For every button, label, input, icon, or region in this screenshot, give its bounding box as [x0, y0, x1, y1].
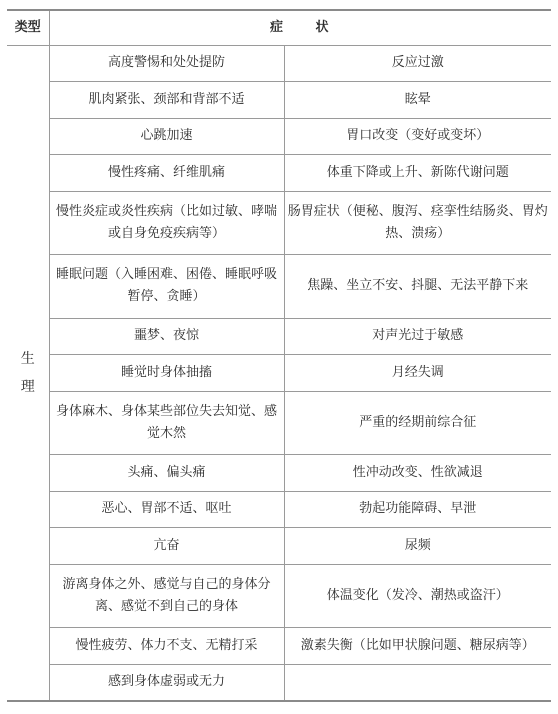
symptom-left: 慢性炎症或炎性疾病（比如过敏、哮喘或自身免疫疾病等）: [49, 191, 284, 255]
symptom-right: 严重的经期前综合征: [284, 391, 551, 455]
symptom-left: 亢奋: [49, 528, 284, 565]
header-symptoms: 症 状: [49, 10, 551, 45]
symptom-left: 睡眠问题（入睡困难、困倦、睡眠呼吸暂停、贪睡）: [49, 255, 284, 319]
table-row: 睡眠问题（入睡困难、困倦、睡眠呼吸暂停、贪睡） 焦躁、坐立不安、抖腿、无法平静下…: [7, 255, 551, 319]
header-type: 类型: [7, 10, 49, 45]
symptom-left: 肌肉紧张、颈部和背部不适: [49, 82, 284, 119]
table-row: 游离身体之外、感觉与自己的身体分离、感觉不到自己的身体 体温变化（发冷、潮热或盗…: [7, 564, 551, 628]
symptom-left: 心跳加速: [49, 118, 284, 155]
table-row: 慢性疼痛、纤维肌痛 体重下降或上升、新陈代谢问题: [7, 155, 551, 192]
table-row: 身体麻木、身体某些部位失去知觉、感觉木然 严重的经期前综合征: [7, 391, 551, 455]
symptom-left: 感到身体虚弱或无力: [49, 664, 284, 701]
symptom-right: 月经失调: [284, 355, 551, 392]
category-cell: 生 理: [7, 45, 49, 701]
symptom-left: 慢性疼痛、纤维肌痛: [49, 155, 284, 192]
symptom-right: 反应过激: [284, 45, 551, 82]
table-row: 慢性炎症或炎性疾病（比如过敏、哮喘或自身免疫疾病等） 肠胃症状（便秘、腹泻、痉挛…: [7, 191, 551, 255]
table-row: 感到身体虚弱或无力: [7, 664, 551, 701]
symptom-right: 对声光过于敏感: [284, 318, 551, 355]
table-row: 恶心、胃部不适、呕吐 勃起功能障碍、早泄: [7, 491, 551, 528]
table-row: 心跳加速 胃口改变（变好或变坏）: [7, 118, 551, 155]
symptom-right: 胃口改变（变好或变坏）: [284, 118, 551, 155]
category-char: 理: [9, 373, 47, 401]
table-row: 睡觉时身体抽搐 月经失调: [7, 355, 551, 392]
table-row: 生 理 高度警惕和处处提防 反应过激: [7, 45, 551, 82]
symptom-left: 游离身体之外、感觉与自己的身体分离、感觉不到自己的身体: [49, 564, 284, 628]
symptom-right: 焦躁、坐立不安、抖腿、无法平静下来: [284, 255, 551, 319]
table-row: 亢奋 尿频: [7, 528, 551, 565]
category-char: 生: [9, 345, 47, 373]
symptom-right: 肠胃症状（便秘、腹泻、痉挛性结肠炎、胃灼热、溃疡）: [284, 191, 551, 255]
symptoms-table: 类型 症 状 生 理 高度警惕和处处提防 反应过激 肌肉紧张、颈部和背部不适 眩…: [7, 9, 551, 702]
symptom-left: 噩梦、夜惊: [49, 318, 284, 355]
symptom-right: 激素失衡（比如甲状腺问题、糖尿病等）: [284, 628, 551, 665]
symptom-right: 体重下降或上升、新陈代谢问题: [284, 155, 551, 192]
symptom-left: 恶心、胃部不适、呕吐: [49, 491, 284, 528]
symptom-left: 睡觉时身体抽搐: [49, 355, 284, 392]
symptom-left: 高度警惕和处处提防: [49, 45, 284, 82]
symptom-right: 体温变化（发冷、潮热或盗汗）: [284, 564, 551, 628]
symptom-right: 性冲动改变、性欲减退: [284, 455, 551, 492]
symptom-left: 慢性疲劳、体力不支、无精打采: [49, 628, 284, 665]
table-row: 头痛、偏头痛 性冲动改变、性欲减退: [7, 455, 551, 492]
symptom-right: 勃起功能障碍、早泄: [284, 491, 551, 528]
symptom-right: [284, 664, 551, 701]
table-row: 噩梦、夜惊 对声光过于敏感: [7, 318, 551, 355]
symptom-left: 身体麻木、身体某些部位失去知觉、感觉木然: [49, 391, 284, 455]
table-row: 慢性疲劳、体力不支、无精打采 激素失衡（比如甲状腺问题、糖尿病等）: [7, 628, 551, 665]
symptom-right: 眩晕: [284, 82, 551, 119]
table-row: 肌肉紧张、颈部和背部不适 眩晕: [7, 82, 551, 119]
table-header-row: 类型 症 状: [7, 10, 551, 45]
symptom-left: 头痛、偏头痛: [49, 455, 284, 492]
symptom-right: 尿频: [284, 528, 551, 565]
